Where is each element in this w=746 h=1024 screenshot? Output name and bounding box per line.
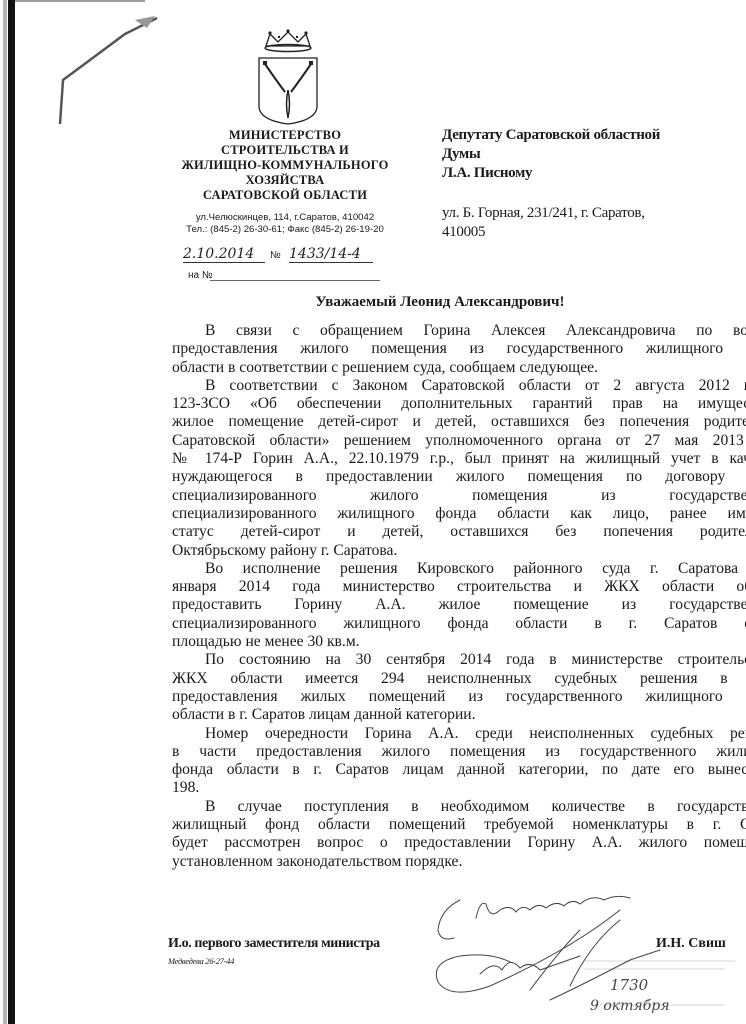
body-line: области в г. Саратов лицам данной катего… [172, 706, 746, 724]
registration-number: 1433/14-4 [289, 246, 373, 263]
body-line: предоставления жилых помещений из госуда… [172, 688, 746, 706]
reply-reference-blank [210, 280, 380, 281]
body-line: специализированного жилого помещения из … [172, 487, 746, 505]
body-line: специализированного жилищного фонда обла… [172, 615, 746, 633]
svg-text:1730: 1730 [610, 976, 649, 994]
reply-reference-line: на № [188, 270, 388, 284]
registration-number-label: № [270, 250, 281, 261]
body-line: 198. [172, 779, 746, 797]
body-line: предоставления жилого помещения из госуд… [172, 340, 746, 358]
body-line: фонда области в г. Саратов лицам данной … [172, 761, 746, 779]
signer-title: И.о. первого заместителя министра [168, 936, 380, 952]
body-line: 123-ЗСО «Об обеспечении дополнительных г… [172, 395, 746, 413]
saratov-coat-of-arms-icon [248, 28, 328, 126]
ministry-contacts: ул.Челюскинцев, 114, г.Саратов, 410042 Т… [160, 212, 410, 236]
signer-contact: Медведева 26-27-44 [168, 956, 234, 966]
body-line: ЖКХ области имеется 294 неисполненных су… [172, 670, 746, 688]
body-line: Саратовской области» решением уполномоче… [172, 432, 746, 450]
registration-date: 2.10.2014 [183, 246, 265, 263]
body-line: В соответствии с Законом Саратовской обл… [172, 377, 746, 395]
letter-body: В связи с обращением Горина Алексея Алек… [172, 322, 746, 871]
body-line: По состоянию на 30 сентября 2014 года в … [172, 651, 746, 669]
body-line: специализированного жилищного фонда обла… [172, 505, 746, 523]
body-line: жилое помещение детей-сирот и детей, ост… [172, 413, 746, 431]
body-line: будет рассмотрен вопрос о предоставлении… [172, 834, 746, 852]
recipient: Депутату Саратовской областной Думы Л.А.… [442, 126, 742, 183]
body-line: нуждающегося в предоставлении жилого пом… [172, 468, 746, 486]
ministry-name: МИНИСТЕРСТВО СТРОИТЕЛЬСТВА И ЖИЛИЩНО-КОМ… [160, 128, 410, 203]
body-line: Номер очередности Горина А.А. среди неис… [172, 725, 746, 743]
ministry-address: ул.Челюскинцев, 114, г.Саратов, 410042 [160, 212, 410, 224]
body-line: площадью не менее 30 кв.м. [172, 633, 746, 651]
body-line: В случае поступления в необходимом колич… [172, 798, 746, 816]
body-line: № 174-Р Горин А.А., 22.10.1979 г.р., был… [172, 450, 746, 468]
scan-edge-bar [8, 0, 15, 1024]
body-line: предоставить Горину А.А. жилое помещение… [172, 596, 746, 614]
body-line: области в соответствии с решением суда, … [172, 359, 746, 377]
recipient-address: ул. Б. Горная, 231/241, г. Саратов, 4100… [442, 204, 742, 242]
registration-line: 2.10.2014 № 1433/14-4 [183, 246, 383, 266]
body-line: Во исполнение решения Кировского районно… [172, 560, 746, 578]
salutation: Уважаемый Леонид Александрович! [190, 294, 690, 311]
svg-text:9 октября: 9 октября [590, 998, 669, 1014]
scan-artifact-mark [55, 14, 165, 134]
body-line: жилищный фонд области помещений требуемо… [172, 816, 746, 834]
body-line: статус детей-сирот и детей, оставшихся б… [172, 523, 746, 541]
body-line: в части предоставления жилого помещения … [172, 743, 746, 761]
scan-edge-shadow [3, 0, 7, 1024]
body-line: В связи с обращением Горина Алексея Алек… [172, 322, 746, 340]
reply-reference-label: на № [188, 270, 213, 281]
ministry-phone: Тел.: (845-2) 26-30-61; Факс (845-2) 26-… [160, 224, 410, 236]
body-line: января 2014 года министерство строительс… [172, 578, 746, 596]
handwritten-signature: 1730 9 октября [420, 890, 746, 1024]
body-line: установленном законодательством порядке. [172, 853, 746, 871]
body-line: Октябрьскому району г. Саратова. [172, 542, 746, 560]
scan-top-line [15, 0, 145, 2]
